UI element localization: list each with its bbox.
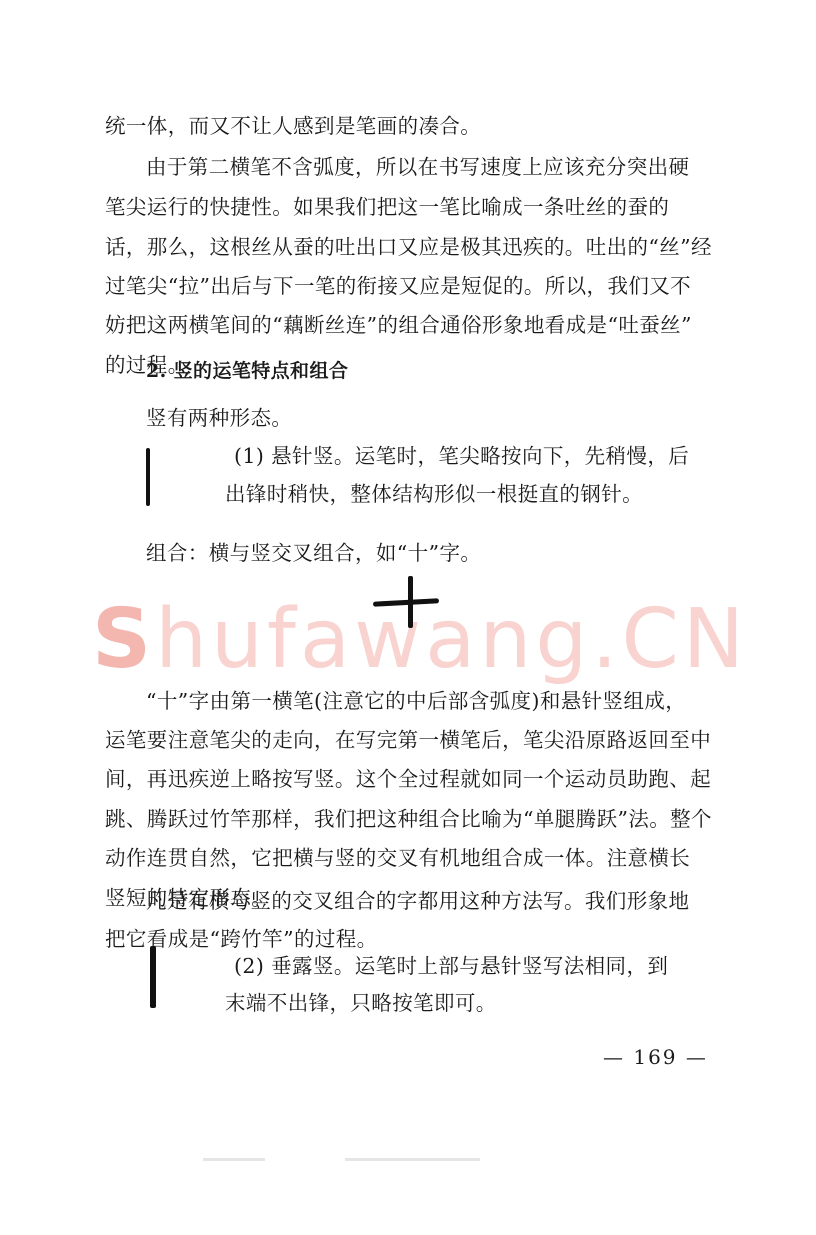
combo-line: 组合：横与竖交叉组合，如“十”字。 — [146, 540, 758, 566]
scan-artifact — [203, 1158, 265, 1161]
explanation-line: 把它看成是“跨竹竿”的过程。 — [105, 926, 717, 952]
paragraph-line: 过笔尖“拉”出后与下一笔的衔接又应是短促的。所以，我们又不 — [105, 273, 717, 299]
paragraph-line: 话，那么，这根丝从蚕的吐出口又应是极其迅疾的。吐出的“丝”经 — [105, 234, 717, 260]
paragraph-line: 由于第二横笔不含弧度，所以在书写速度上应该充分突出硬 — [146, 154, 758, 180]
watermark-initial: S — [92, 592, 155, 687]
scan-artifact — [345, 1158, 480, 1161]
chuilu-shu-stroke-icon — [150, 946, 156, 1008]
section-intro: 竖有两种形态。 — [146, 405, 758, 431]
xuanzhen-shu-stroke-icon — [146, 448, 150, 506]
explanation-line: 运笔要注意笔尖的走向，在写完第一横笔后，笔尖沿原路返回至中 — [105, 727, 717, 753]
paragraph-line: 笔尖运行的快捷性。如果我们把这一笔比喻成一条吐丝的蚕的 — [105, 194, 717, 220]
watermark: Shufawang.CN — [92, 595, 748, 685]
explanation-line: 跳、腾跃过竹竿那样，我们把这种组合比喻为“单腿腾跃”法。整个 — [105, 806, 717, 832]
item-line: 末端不出锋，只略按笔即可。 — [225, 990, 816, 1016]
shi-char-vertical-stroke-icon — [408, 576, 413, 628]
item-line: (2) 垂露竖。运笔时上部与悬针竖写法相同，到 — [234, 953, 816, 979]
section-heading: 2. 竖的运笔特点和组合 — [146, 358, 758, 384]
paragraph-line: 统一体，而又不让人感到是笔画的凑合。 — [105, 113, 717, 139]
explanation-line: 间，再迅疾逆上略按写竖。这个全过程就如同一个运动员助跑、起 — [105, 766, 717, 792]
watermark-text: hufawang.CN — [155, 592, 748, 687]
item-line: 出锋时稍快，整体结构形似一根挺直的钢针。 — [225, 481, 816, 507]
explanation-line: “十”字由第一横笔(注意它的中后部含弧度)和悬针竖组成， — [146, 688, 758, 714]
paragraph-line: 妨把这两横笔间的“藕断丝连”的组合通俗形象地看成是“吐蚕丝” — [105, 312, 717, 338]
item-line: (1) 悬针竖。运笔时，笔尖略按向下，先稍慢，后 — [234, 443, 816, 469]
explanation-line: 动作连贯自然，它把横与竖的交叉有机地组合成一体。注意横长 — [105, 845, 717, 871]
explanation-line: 凡是有横与竖的交叉组合的字都用这种方法写。我们形象地 — [146, 888, 758, 914]
book-page: Shufawang.CN 统一体，而又不让人感到是笔画的凑合。 由于第二横笔不含… — [0, 0, 816, 1235]
page-number: — 169 — — [603, 1044, 708, 1070]
